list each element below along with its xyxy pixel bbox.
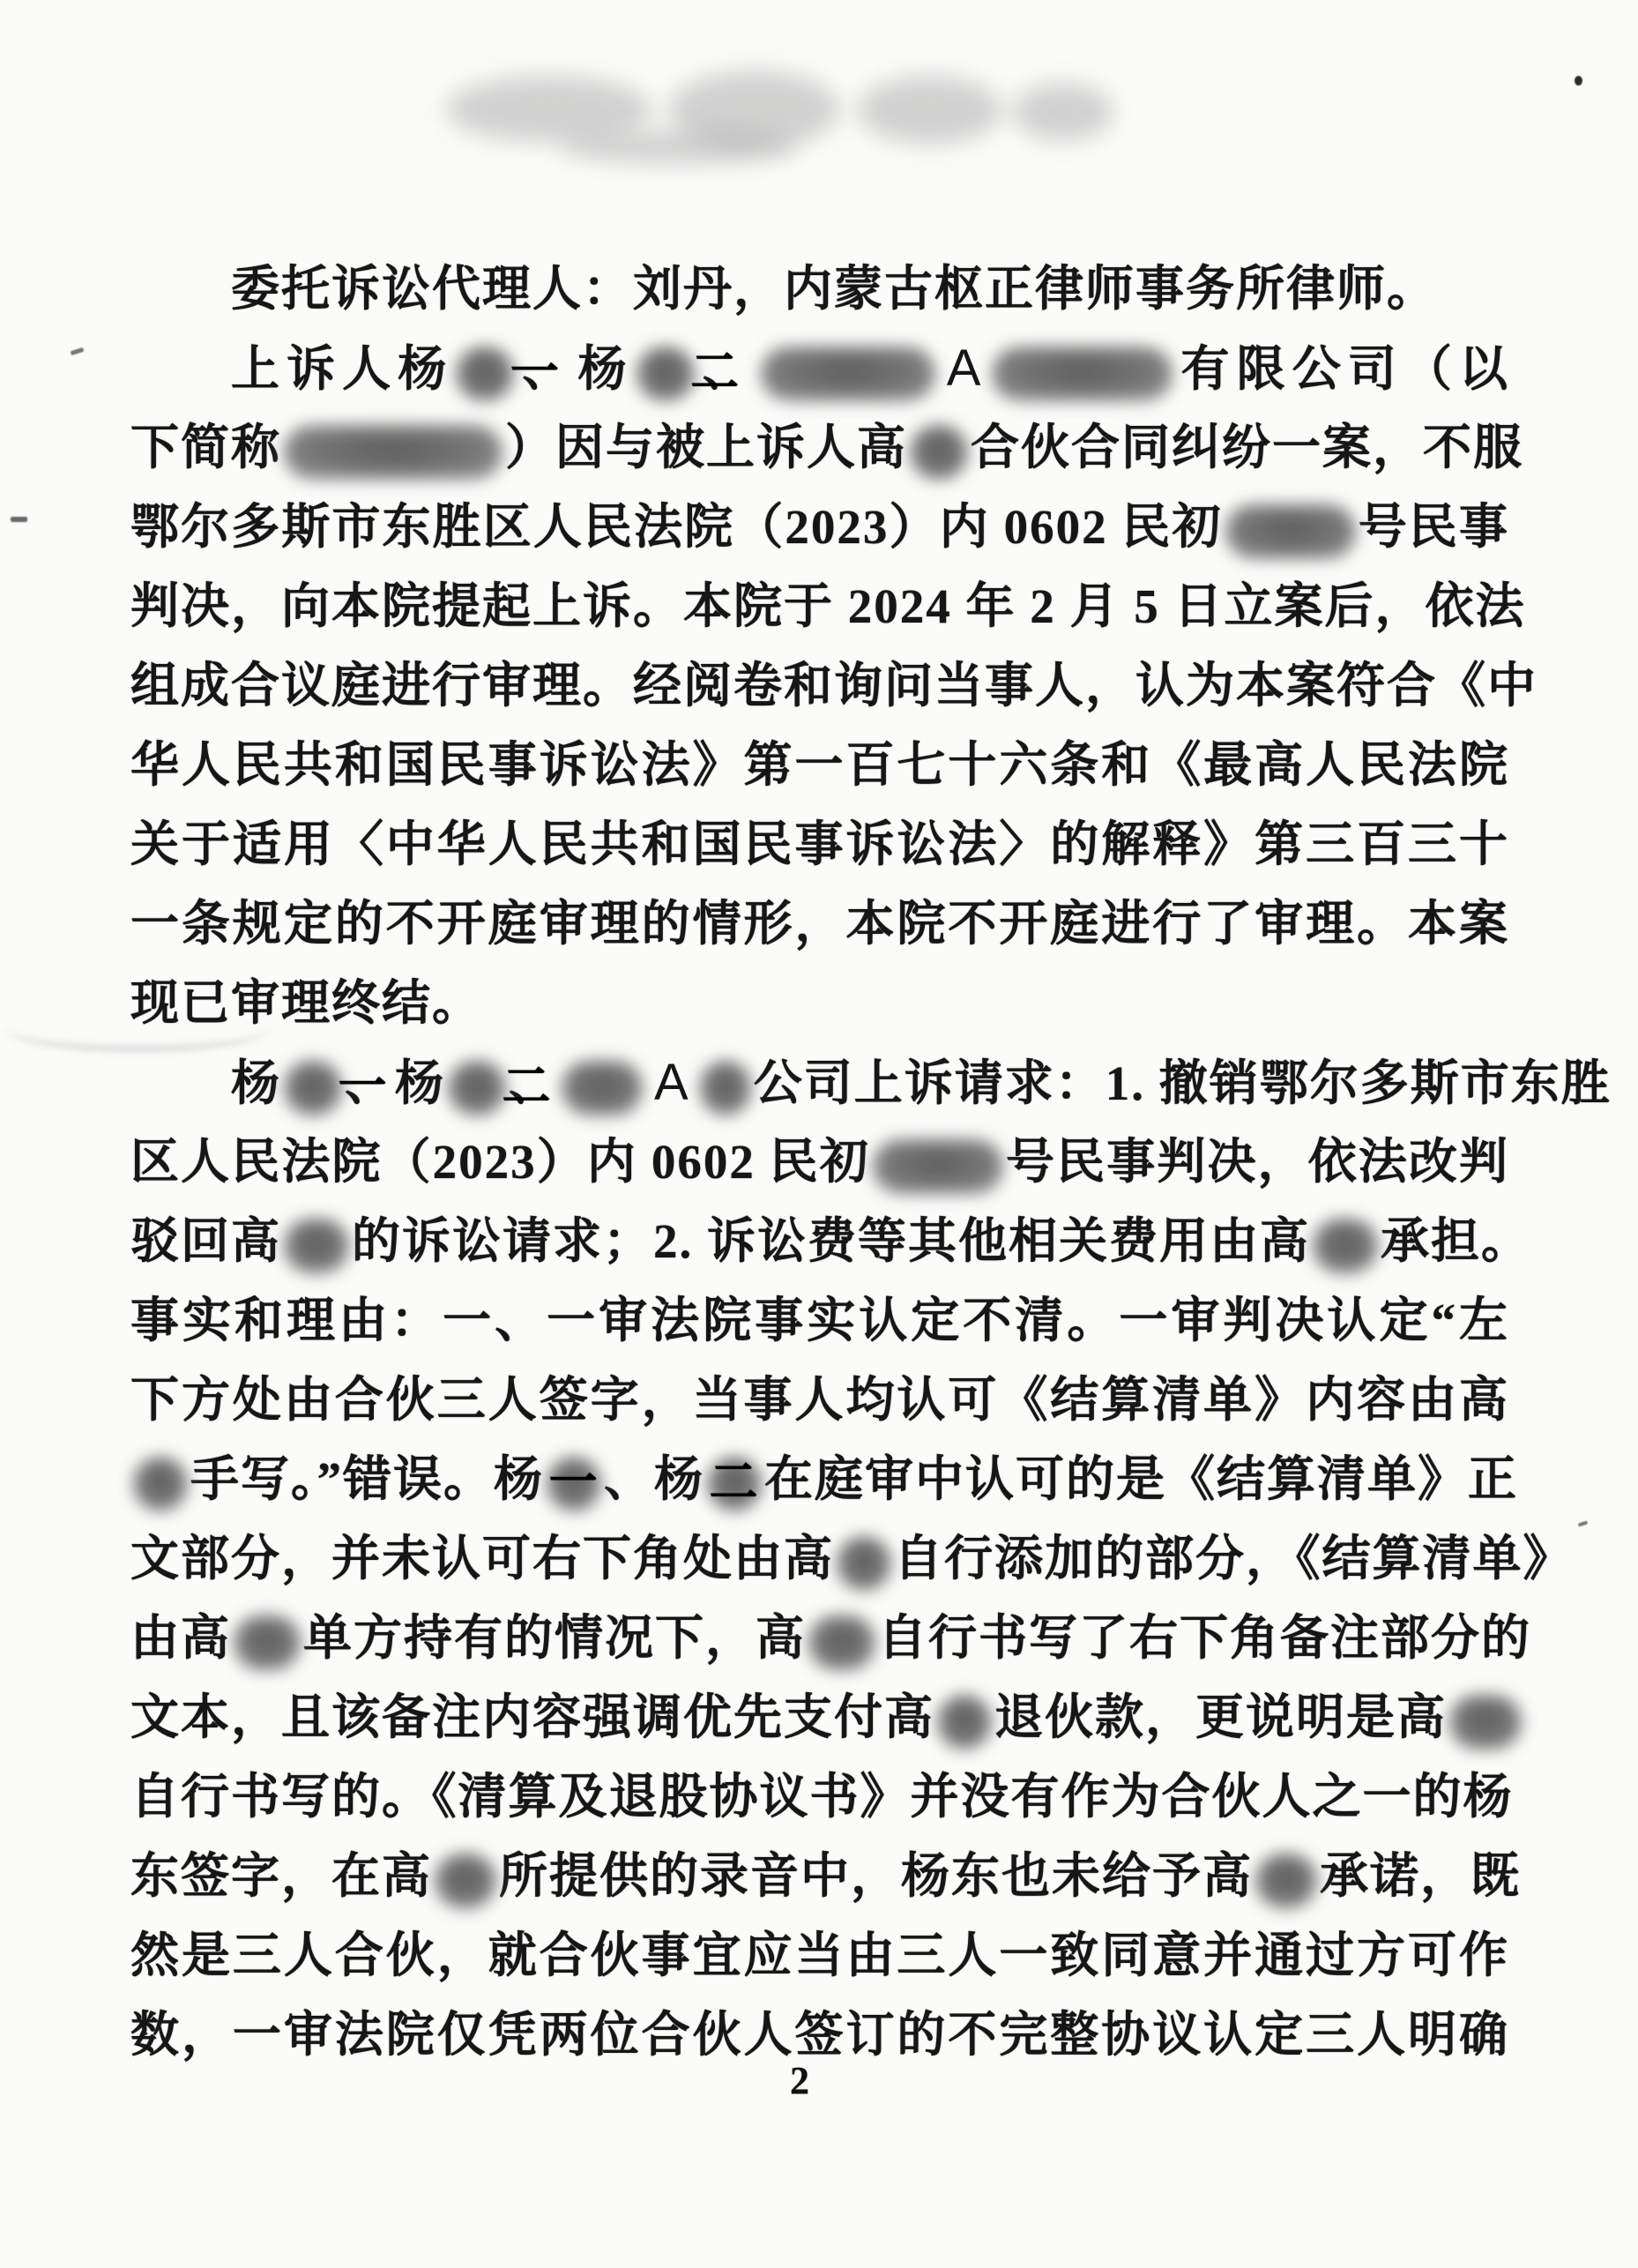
redaction-blur: 二: [707, 1457, 762, 1511]
document-text-run: 手写。”错误。杨: [190, 1452, 544, 1506]
document-line: 文部分，并未认可右下角处由高自行添加的部分，《结算清单》: [130, 1519, 1509, 1599]
document-line: 杨一、杨二、A公司上诉请求：1. 撤销鄂尔多斯市东胜: [130, 1043, 1509, 1123]
document-line: 下简称）因与被上诉人高合伙合同纠纷一案，不服: [130, 408, 1509, 488]
redaction-blur: [700, 1061, 751, 1115]
document-text-run: 自行添加的部分，《结算清单》: [894, 1532, 1574, 1585]
document-text-run: 退伙款，更说明是高: [994, 1690, 1447, 1744]
document-line: 现已审理终结。: [130, 964, 1509, 1043]
document-text-run: 的诉讼请求；2. 诉讼费等其他相关费用由高: [352, 1214, 1310, 1268]
document-line: 组成合议庭进行审理。经阅卷和询问当事人，认为本案符合《中: [130, 646, 1509, 726]
redaction-blur-blob: [937, 1695, 992, 1749]
document-line: 文本，且该备注内容强调优先支付高退伙款，更说明是高: [130, 1678, 1509, 1757]
redaction-blur: 二: [637, 347, 695, 401]
redaction-blur-blob: [992, 347, 1173, 401]
margin-tick: [1578, 1520, 1589, 1526]
redaction-blur: [1313, 1219, 1378, 1273]
redaction-blur: [284, 425, 503, 480]
document-text-run: 号民事判决，依法改判: [1006, 1135, 1509, 1189]
redaction-blur: [234, 1615, 301, 1670]
redaction-blur-blob: [1225, 504, 1356, 559]
document-line: 关于适用〈中华人民共和国民事诉讼法〉的解释》第三百三十: [130, 805, 1509, 884]
redaction-blur: [562, 1061, 643, 1115]
document-text-run: 关于适用〈中华人民共和国民事诉讼法〉的解释》第三百三十: [130, 817, 1509, 871]
redaction-replacement-label: A: [645, 1054, 697, 1111]
redaction-blur: [1255, 1854, 1317, 1908]
document-text-run: 区人民法院（2023）内 0602 民初: [130, 1135, 870, 1189]
document-text-run: 下简称: [130, 421, 281, 474]
document-text-run: 华人民共和国民事诉讼法》第一百七十六条和《最高人民法院: [130, 738, 1509, 792]
document-line: 区人民法院（2023）内 0602 民初号民事判决，依法改判: [130, 1123, 1509, 1202]
redaction-blur: 二: [448, 1061, 506, 1115]
document-text-run: 鄂尔多斯市东胜区人民法院（2023）内 0602 民初: [130, 500, 1223, 554]
redaction-blur-blob: [284, 425, 503, 480]
redaction-replacement-label: A: [938, 339, 990, 397]
ink-dot: [1575, 76, 1582, 86]
document-text-run: 所提供的录音中，杨东也未给予高: [499, 1849, 1253, 1903]
document-line: 判决，向本院提起上诉。本院于 2024 年 2 月 5 日立案后，依法: [130, 567, 1509, 646]
scanned-court-document-page: { "page": { "background": "#fbfbfa", "in…: [0, 0, 1638, 2268]
redaction-blur-blob: [133, 1457, 188, 1511]
redaction-blur-blob: [761, 347, 935, 401]
redaction-blur: [808, 1615, 875, 1670]
redaction-blur: [284, 1219, 349, 1273]
document-text-run: 下方处由合伙三人签字，当事人均认可《结算清单》内容由高: [130, 1373, 1509, 1427]
header-smudge: [857, 76, 1002, 145]
redaction-blur-blob: [1313, 1219, 1378, 1273]
document-text-run: 承担。: [1381, 1214, 1531, 1268]
header-smudge: [560, 131, 798, 164]
document-text-run: 文部分，并未认可右下角处由高: [130, 1532, 834, 1585]
redaction-overlay-label: 一: [238, 1063, 389, 1111]
redaction-overlay-label: 一: [410, 348, 561, 397]
redaction-blur: [873, 1139, 1003, 1194]
redaction-blur: [435, 1854, 496, 1908]
redaction-blur: 一: [456, 347, 514, 401]
document-text-run: 承诺，既: [1320, 1849, 1521, 1903]
redaction-blur-blob: [234, 1615, 301, 1670]
redaction-blur-blob: [435, 1854, 496, 1908]
redaction-blur-blob: [837, 1536, 891, 1591]
redaction-blur-blob: [284, 1219, 349, 1273]
redaction-blur-blob: [562, 1061, 643, 1115]
redaction-blur: [837, 1536, 891, 1591]
redaction-blur: [761, 347, 935, 401]
page-number: 2: [769, 2058, 830, 2103]
document-line: 然是三人合伙，就合伙事宜应当由三人一致同意并通过方可作: [130, 1916, 1509, 1996]
document-text-run: 单方持有的情况下，高: [303, 1611, 806, 1665]
document-text-run: 文本，且该备注内容强调优先支付高: [130, 1690, 934, 1744]
document-text-run: 现已审理终结。: [130, 976, 482, 1030]
document-text-run: 数，一审法院仅凭两位合伙人签订的不完整协议认定三人明确: [130, 2008, 1509, 2062]
redaction-overlay-label: 二: [590, 348, 741, 397]
redaction-overlay-label: 二: [402, 1063, 553, 1111]
document-line: 手写。”错误。杨一、杨二在庭审中认可的是《结算清单》正: [130, 1440, 1509, 1519]
document-line: 由高单方持有的情况下，高自行书写了右下角备注部分的: [130, 1599, 1509, 1678]
redaction-overlay-label: 一: [549, 1459, 599, 1507]
document-text: 委托诉讼代理人：刘丹，内蒙古枢正律师事务所律师。上诉人杨一、杨二、A有限公司（以…: [130, 250, 1509, 2075]
document-line: 委托诉讼代理人：刘丹，内蒙古枢正律师事务所律师。: [130, 250, 1509, 329]
document-text-run: 判决，向本院提起上诉。本院于 2024 年 2 月 5 日立案后，依法: [130, 579, 1526, 633]
document-line: 一条规定的不开庭审理的情形，本院不开庭进行了审理。本案: [130, 884, 1509, 964]
document-line: 上诉人杨一、杨二、A有限公司（以: [130, 329, 1509, 408]
redaction-blur: [910, 425, 968, 480]
margin-tick: [71, 347, 85, 355]
redaction-overlay-label: 二: [710, 1459, 760, 1507]
document-text-run: 、杨: [604, 1452, 704, 1506]
document-text-run: 事实和理由：一、一审法院事实认定不清。一审判决认定“左: [130, 1294, 1509, 1347]
document-text-run: 合伙合同纠纷一案，不服: [971, 421, 1523, 474]
redaction-blur: [133, 1457, 188, 1511]
redaction-blur: [992, 347, 1173, 401]
document-text-run: 在庭审中认可的是《结算清单》正: [764, 1452, 1518, 1506]
document-line: 鄂尔多斯市东胜区人民法院（2023）内 0602 民初号民事: [130, 488, 1509, 567]
document-text-run: 由高: [130, 1611, 231, 1665]
document-text-run: 号民事: [1359, 500, 1509, 554]
redaction-blur-blob: [808, 1615, 875, 1670]
document-text-run: 组成合议庭进行审理。经阅卷和询问当事人，认为本案符合《中: [130, 659, 1537, 712]
document-line: 自行书写的。《清算及退股协议书》并没有作为合伙人之一的杨: [130, 1757, 1509, 1837]
document-text-run: 有限公司（以: [1175, 342, 1509, 396]
redaction-blur-blob: [1449, 1695, 1522, 1749]
document-line: 驳回高的诉讼请求；2. 诉讼费等其他相关费用由高承担。: [130, 1202, 1509, 1281]
document-text-run: 然是三人合伙，就合伙事宜应当由三人一致同意并通过方可作: [130, 1929, 1509, 1982]
redaction-blur: [1225, 504, 1356, 559]
redaction-blur: 一: [284, 1061, 342, 1115]
redaction-blur-blob: [910, 425, 968, 480]
document-text-run: 自行书写的。《清算及退股协议书》并没有作为合伙人之一的杨: [130, 1770, 1514, 1824]
document-text-run: ）因与被上诉人高: [505, 421, 907, 474]
document-text-run: 驳回高: [130, 1214, 281, 1268]
document-text-run: 东签字，在高: [130, 1849, 432, 1903]
redaction-blur: [1449, 1695, 1522, 1749]
redaction-blur: 一: [547, 1457, 601, 1511]
document-line: 华人民共和国民事诉讼法》第一百七十六条和《最高人民法院: [130, 726, 1509, 805]
document-line: 事实和理由：一、一审法院事实认定不清。一审判决认定“左: [130, 1281, 1509, 1361]
redaction-blur-blob: [1255, 1854, 1317, 1908]
document-text-run: 委托诉讼代理人：刘丹，内蒙古枢正律师事务所律师。: [231, 262, 1437, 316]
margin-dash: [11, 517, 27, 522]
header-smudge: [1012, 83, 1113, 141]
document-line: 东签字，在高所提供的录音中，杨东也未给予高承诺，既: [130, 1837, 1509, 1916]
document-text-run: 公司上诉请求：1. 撤销鄂尔多斯市东胜: [754, 1056, 1612, 1110]
document-line: 下方处由合伙三人签字，当事人均认可《结算清单》内容由高: [130, 1361, 1509, 1440]
document-text-run: 自行书写了右下角备注部分的: [878, 1611, 1531, 1665]
document-text-run: 一条规定的不开庭审理的情形，本院不开庭进行了审理。本案: [130, 897, 1509, 951]
redaction-blur-blob: [700, 1061, 751, 1115]
redaction-blur: [937, 1695, 992, 1749]
redaction-blur-blob: [873, 1139, 1003, 1194]
